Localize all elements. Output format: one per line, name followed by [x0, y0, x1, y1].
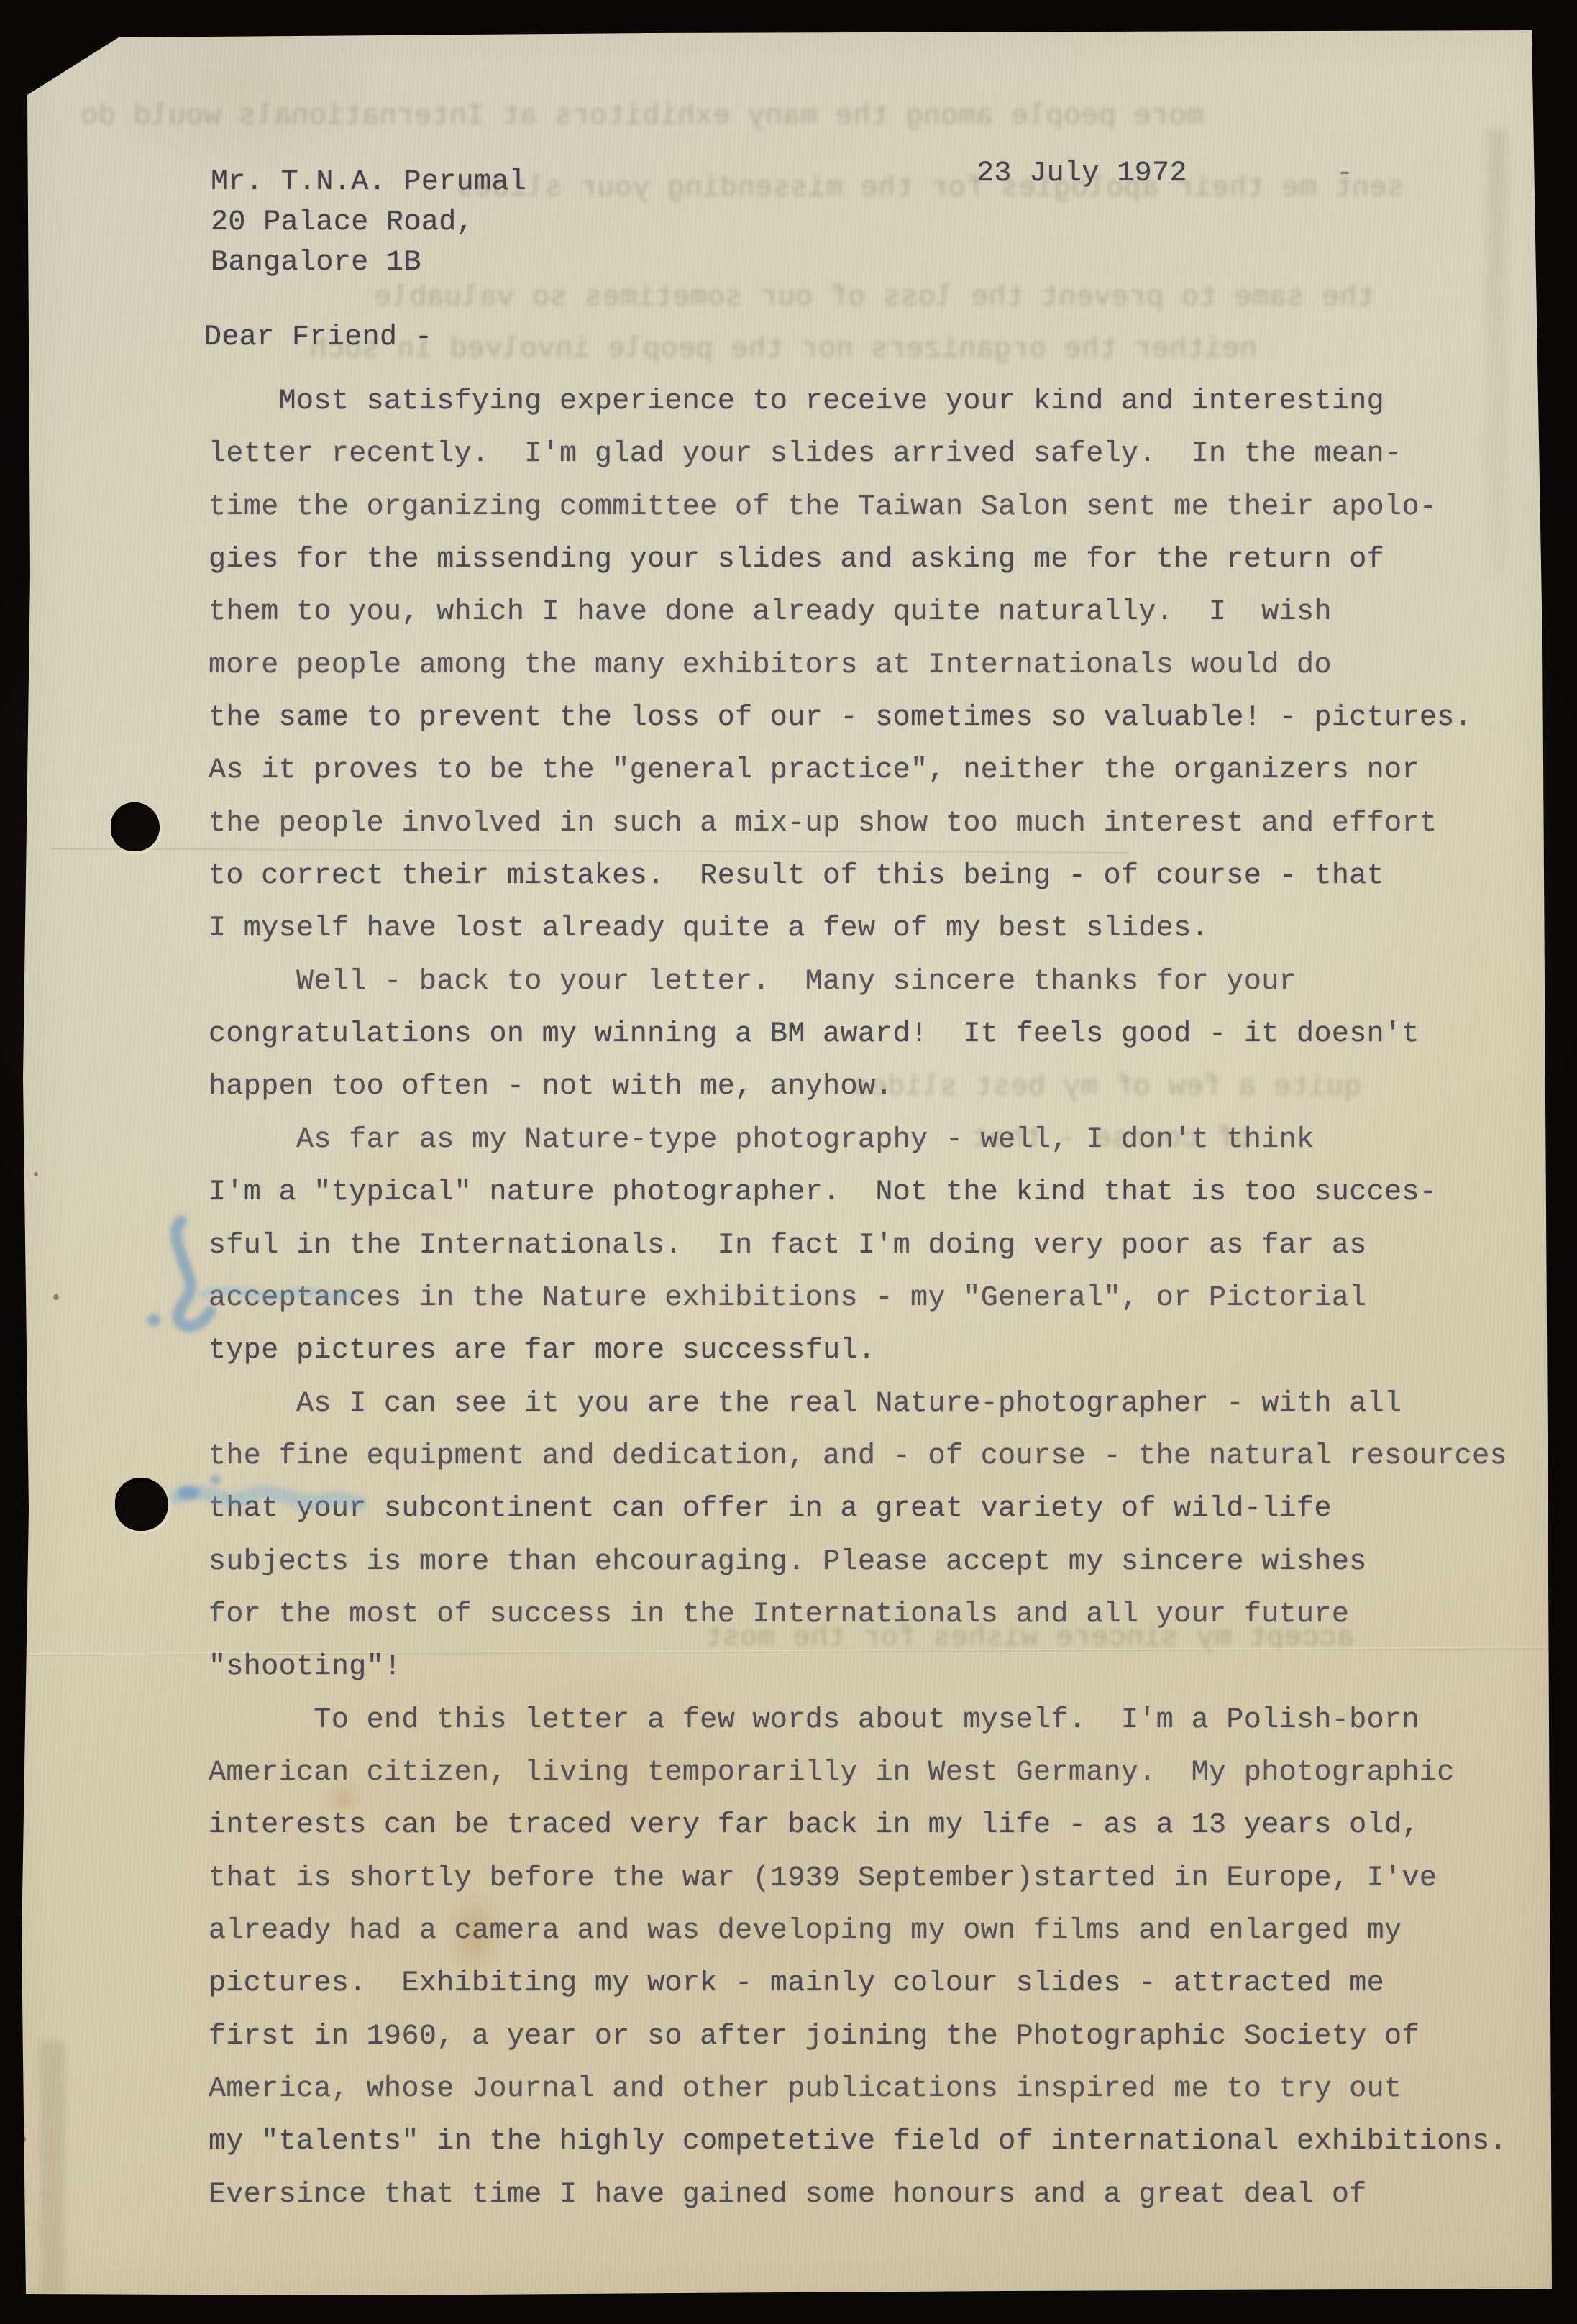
scanner-background: more people among the many exhibitors at…	[0, 0, 1577, 2324]
letter-line: Well - back to your letter. Many sincere…	[209, 956, 1560, 1008]
edge-scuff	[40, 2042, 65, 2294]
letter-line: the fine equipment and dedication, and -…	[209, 1430, 1560, 1483]
letter-line: American citizen, living temporarilly in…	[209, 1747, 1560, 1799]
recipient-line: Bangalore 1B	[211, 243, 526, 283]
paper-speck	[53, 1294, 59, 1300]
letter-line: the people involved in such a mix-up sho…	[209, 797, 1560, 850]
letter-line: As far as my Nature-type photography - w…	[209, 1114, 1560, 1166]
bleedthrough-line: neither the organizers nor the people in…	[309, 334, 1257, 366]
letter-line: acceptances in the Nature exhibitions - …	[209, 1272, 1560, 1325]
letter-line: congratulations on my winning a BM award…	[209, 1008, 1560, 1061]
letter-line: pictures. Exhibiting my work - mainly co…	[209, 1957, 1560, 2010]
letter-line: more people among the many exhibitors at…	[209, 639, 1560, 692]
letter-page: more people among the many exhibitors at…	[0, 0, 1577, 2324]
bleedthrough-line: more people among the many exhibitors at…	[81, 101, 1204, 133]
letter-line: sful in the Internationals. In fact I'm …	[209, 1220, 1560, 1272]
letter-line: interests can be traced very far back in…	[209, 1799, 1560, 1852]
recipient-address-block: Mr. T.N.A. Perumal20 Palace Road,Bangalo…	[211, 163, 526, 283]
letter-line: Most satisfying experience to receive yo…	[209, 375, 1560, 428]
punch-hole	[115, 1478, 168, 1531]
letter-line: that is shortly before the war (1939 Sep…	[209, 1852, 1560, 1905]
letter-line: to correct their mistakes. Result of thi…	[209, 850, 1560, 902]
letter-line: America, whose Journal and other publica…	[209, 2063, 1560, 2115]
letter-line: "shooting"!	[209, 1641, 1560, 1693]
letter-line: Eversince that time I have gained some h…	[209, 2169, 1560, 2221]
letter-line: As I can see it you are the real Nature-…	[209, 1378, 1560, 1430]
paper-speck	[34, 1172, 38, 1176]
letter-line: gies for the missending your slides and …	[209, 534, 1560, 586]
letter-line: that your subcontinent can offer in a gr…	[209, 1483, 1560, 1535]
letter-line: my "talents" in the highly competetive f…	[209, 2115, 1560, 2168]
punch-hole	[111, 802, 160, 851]
letter-line: type pictures are far more successful.	[209, 1325, 1560, 1377]
letter-line: for the most of success in the Internati…	[209, 1588, 1560, 1641]
letter-body: Most satisfying experience to receive yo…	[209, 375, 1560, 2221]
salutation: Dear Friend -	[204, 318, 432, 358]
letter-line: them to you, which I have done already q…	[209, 586, 1560, 639]
bleedthrough-line: sent me their apologies for the missendi…	[457, 173, 1404, 205]
letter-line: subjects is more than ehcouraging. Pleas…	[209, 1536, 1560, 1588]
letter-line: first in 1960, a year or so after joinin…	[209, 2010, 1560, 2063]
recipient-line: 20 Palace Road,	[211, 203, 526, 243]
letter-line: I myself have lost already quite a few o…	[209, 902, 1560, 955]
letter-line: already had a camera and was developing …	[209, 1905, 1560, 1957]
paper-speck	[19, 2136, 26, 2143]
recipient-line: Mr. T.N.A. Perumal	[211, 163, 526, 203]
letter-line: As it proves to be the "general practice…	[209, 744, 1560, 797]
stray-dash-mark: -	[1336, 154, 1353, 194]
letter-line: I'm a "typical" nature photographer. Not…	[209, 1166, 1560, 1219]
letter-date: 23 July 1972	[977, 154, 1187, 194]
bleedthrough-line: the same to prevent the loss of our some…	[374, 282, 1374, 314]
letter-line: letter recently. I'm glad your slides ar…	[209, 428, 1560, 480]
letter-line: the same to prevent the loss of our - so…	[209, 692, 1560, 744]
letter-line: happen too often - not with me, anyhow.	[209, 1061, 1560, 1113]
letter-line: To end this letter a few words about mys…	[209, 1694, 1560, 1747]
letter-line: time the organizing committee of the Tai…	[209, 481, 1560, 534]
